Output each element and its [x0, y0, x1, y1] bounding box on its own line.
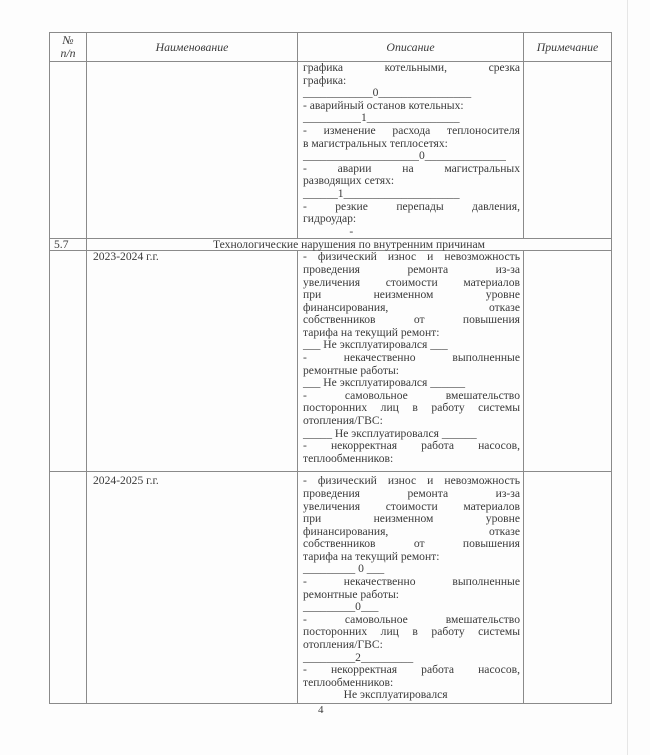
cell-note — [524, 251, 612, 472]
description-line: - некорректная работа насосов, — [303, 440, 520, 453]
value: Не эксплуатировался — [323, 338, 427, 351]
cell-name — [87, 62, 298, 239]
header-number: №п/п — [50, 33, 87, 62]
table-row-period: 2024-2025 г.г. - физический износ и нево… — [50, 472, 612, 704]
value: 0 — [358, 562, 364, 575]
description-line: гидроудар: — [303, 213, 520, 226]
value: Не эксплуатировался — [323, 376, 427, 389]
description-line: теплообменников: — [303, 453, 520, 466]
cell-number — [50, 251, 87, 472]
description-line: при неизменном уровне — [303, 513, 520, 526]
description-line: собственников от повышения — [303, 538, 520, 551]
value-line: - — [303, 226, 520, 239]
value-line: ______1____________________ — [303, 188, 520, 201]
value: 0 — [355, 600, 361, 613]
value: 0 — [419, 149, 425, 162]
incidents-table: №п/п Наименование Описание Примечание гр… — [49, 32, 612, 704]
description-line: - некачественно выполненные — [303, 352, 520, 365]
value: 2 — [355, 651, 361, 664]
section-number: 5.7 — [50, 239, 87, 251]
description-line: собственников от повышения — [303, 314, 520, 327]
value: - — [349, 225, 353, 238]
cell-description: - физический износ и невозможностьпровед… — [298, 251, 524, 472]
value: 0 — [373, 86, 379, 99]
value: Не эксплуатировался — [344, 688, 448, 701]
table-row-period: 2023-2024 г.г. - физический износ и нево… — [50, 251, 612, 472]
description-line: графика котельными, срезка — [303, 62, 520, 75]
period-name: 2024-2025 г.г. — [87, 472, 298, 704]
description-line: - изменение расхода теплоносителя — [303, 125, 520, 138]
value-line: ____________________0______________ — [303, 150, 520, 163]
cell-description: - физический износ и невозможностьпровед… — [298, 472, 524, 704]
section-title: Технологические нарушения по внутренним … — [87, 239, 612, 251]
cell-number — [50, 62, 87, 239]
value-line: Не эксплуатировался — [303, 689, 520, 702]
header-note: Примечание — [524, 33, 612, 62]
period-name: 2023-2024 г.г. — [87, 251, 298, 472]
page-number: 4 — [318, 704, 324, 716]
description-line: проведения ремонта из-за — [303, 264, 520, 277]
value-line: _________0___ — [303, 601, 520, 614]
description-line: при неизменном уровне — [303, 289, 520, 302]
cell-note — [524, 472, 612, 704]
table-row-continued: графика котельными, срезкаграфика:______… — [50, 62, 612, 239]
value: 1 — [338, 187, 344, 200]
section-row: 5.7 Технологические нарушения по внутрен… — [50, 239, 612, 251]
value-line: ____________0________________ — [303, 87, 520, 100]
table-header-row: №п/п Наименование Описание Примечание — [50, 33, 612, 62]
cell-note — [524, 62, 612, 239]
page-edge — [627, 0, 628, 755]
value: Не эксплуатировался — [335, 427, 439, 440]
description-line: отопления/ГВС: — [303, 639, 520, 652]
value: 1 — [361, 111, 367, 124]
description-line: - некорректная работа насосов, — [303, 664, 520, 677]
cell-description: графика котельными, срезкаграфика:______… — [298, 62, 524, 239]
description-line: проведения ремонта из-за — [303, 488, 520, 501]
value-line: ___ Не эксплуатировался ______ — [303, 377, 520, 390]
header-description: Описание — [298, 33, 524, 62]
description-line: - некачественно выполненные — [303, 576, 520, 589]
header-name: Наименование — [87, 33, 298, 62]
cell-number — [50, 472, 87, 704]
